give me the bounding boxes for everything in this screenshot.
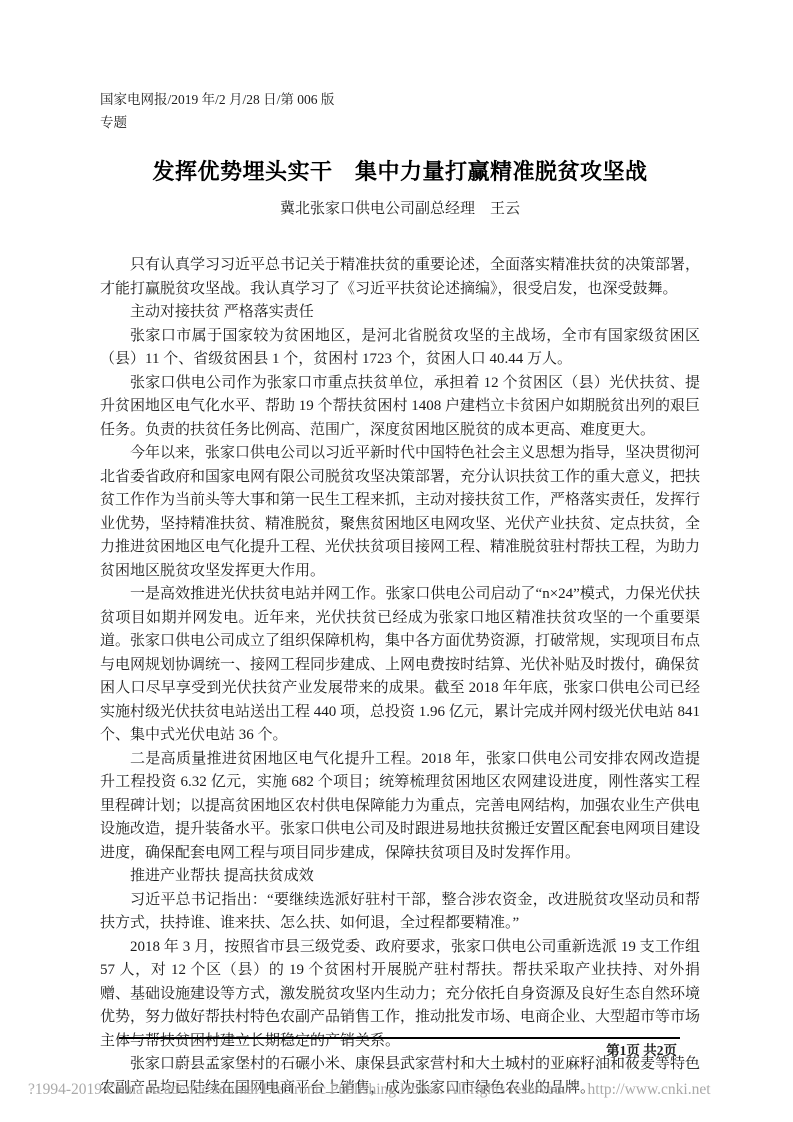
article-byline: 冀北张家口供电公司副总经理 王云 (100, 199, 700, 219)
section-heading: 主动对接扶贫 严格落实责任 (100, 301, 700, 325)
paragraph: 习近平总书记指出：“要继续选派好驻村干部，整合涉农资金，改进脱贫攻坚动员和帮扶方… (100, 889, 700, 936)
copyright-line: ?1994-2019 China Academic Journal Electr… (28, 1081, 768, 1099)
source-publication-line: 国家电网报/2019 年/2 月/28 日/第 006 版 (100, 88, 700, 111)
page-indicator: 第1页 共2页 (119, 1043, 677, 1059)
paragraph: 2018 年 3 月，按照省市县三级党委、政府要求，张家口供电公司重新选派 19… (100, 936, 700, 1054)
paragraph: 二是高质量推进贫困地区电气化提升工程。2018 年，张家口供电公司安排农网改造提… (100, 748, 700, 866)
article-content: 国家电网报/2019 年/2 月/28 日/第 006 版 专题 发挥优势埋头实… (100, 88, 700, 1100)
copyright-text: ?1994-2019 China Academic Journal Electr… (28, 1081, 566, 1098)
column-name: 专题 (100, 111, 700, 134)
paragraph: 张家口市属于国家较为贫困地区，是河北省脱贫攻坚的主战场，全市有国家级贫困区（县）… (100, 325, 700, 372)
paragraph: 张家口供电公司作为张家口市重点扶贫单位，承担着 12 个贫困区（县）光伏扶贫、提… (100, 372, 700, 443)
section-heading: 推进产业帮扶 提高扶贫成效 (100, 865, 700, 889)
article-title: 发挥优势埋头实干 集中力量打赢精准脱贫攻坚战 (100, 159, 700, 185)
document-page: 国家电网报/2019 年/2 月/28 日/第 006 版 专题 发挥优势埋头实… (0, 0, 793, 1122)
footer-divider (119, 1037, 680, 1039)
copyright-url: http://www.cnki.net (588, 1081, 711, 1098)
paragraph: 一是高效推进光伏扶贫电站并网工作。张家口供电公司启动了“n×24”模式，力保光伏… (100, 583, 700, 748)
paragraph: 今年以来，张家口供电公司以习近平新时代中国特色社会主义思想为指导，坚决贯彻河北省… (100, 442, 700, 583)
article-body: 只有认真学习习近平总书记关于精准扶贫的重要论述，全面落实精准扶贫的决策部署，才能… (100, 254, 700, 1100)
paragraph: 只有认真学习习近平总书记关于精准扶贫的重要论述，全面落实精准扶贫的决策部署，才能… (100, 254, 700, 301)
